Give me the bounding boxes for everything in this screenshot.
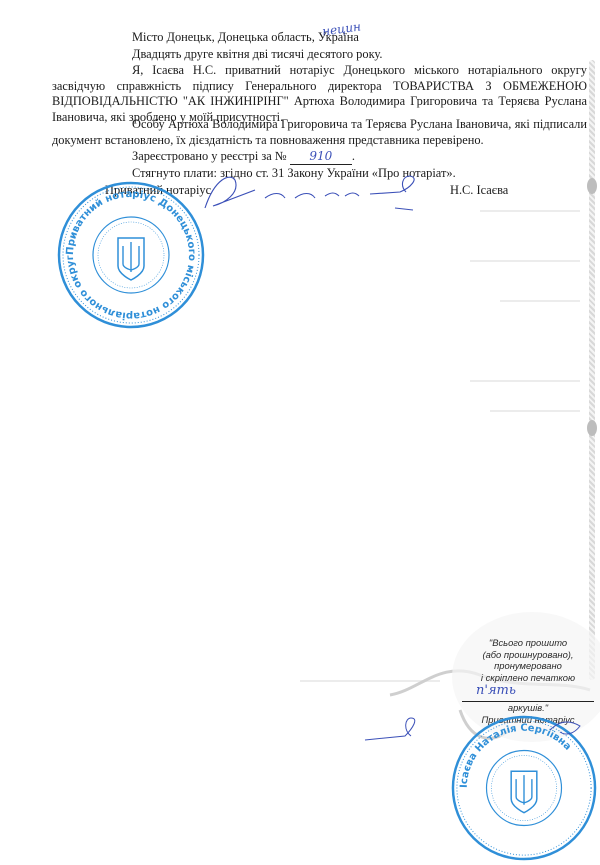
bottom-signature bbox=[360, 710, 600, 750]
identity-paragraph: Особу Артюха Володимира Григоровича та Т… bbox=[52, 117, 587, 148]
thread-knot bbox=[587, 178, 597, 194]
thread-knot bbox=[587, 420, 597, 436]
svg-text:Приватний нотаріус Донецького: Приватний нотаріус Донецького міського н… bbox=[56, 180, 197, 321]
notarial-certification-page: нецин Місто Донецьк, Донецька область, У… bbox=[0, 0, 600, 865]
registry-number-field: 910 bbox=[290, 149, 352, 165]
registry-suffix: . bbox=[352, 149, 355, 163]
notary-stamp-top: Приватний нотаріус Донецького міського н… bbox=[56, 180, 206, 330]
registry-number: 910 bbox=[309, 149, 332, 163]
notary-signature bbox=[195, 168, 435, 218]
sheet-count-handwritten: п'ять bbox=[476, 685, 516, 697]
date-line: Двадцять друге квітня дві тисячі десятог… bbox=[132, 47, 382, 62]
binding-thread bbox=[589, 60, 595, 680]
registry-label: Зареєстровано у реєстрі за № bbox=[132, 149, 287, 163]
sticker-line: пронумеровано bbox=[458, 660, 598, 672]
sheet-count-field: п'ять bbox=[462, 683, 594, 702]
place-line: Місто Донецьк, Донецька область, Україна bbox=[132, 30, 359, 45]
certification-paragraph: Я, Ісаєва Н.С. приватний нотаріус Донець… bbox=[52, 63, 587, 125]
sticker-line: "Всього прошито bbox=[458, 637, 598, 649]
notary-name: Н.С. Ісаєва bbox=[450, 183, 508, 198]
registry-line: Зареєстровано у реєстрі за № 910. bbox=[132, 149, 355, 165]
sticker-line: і скріплено печаткою bbox=[458, 672, 598, 684]
sticker-line: (або прошнуровано), bbox=[458, 649, 598, 661]
